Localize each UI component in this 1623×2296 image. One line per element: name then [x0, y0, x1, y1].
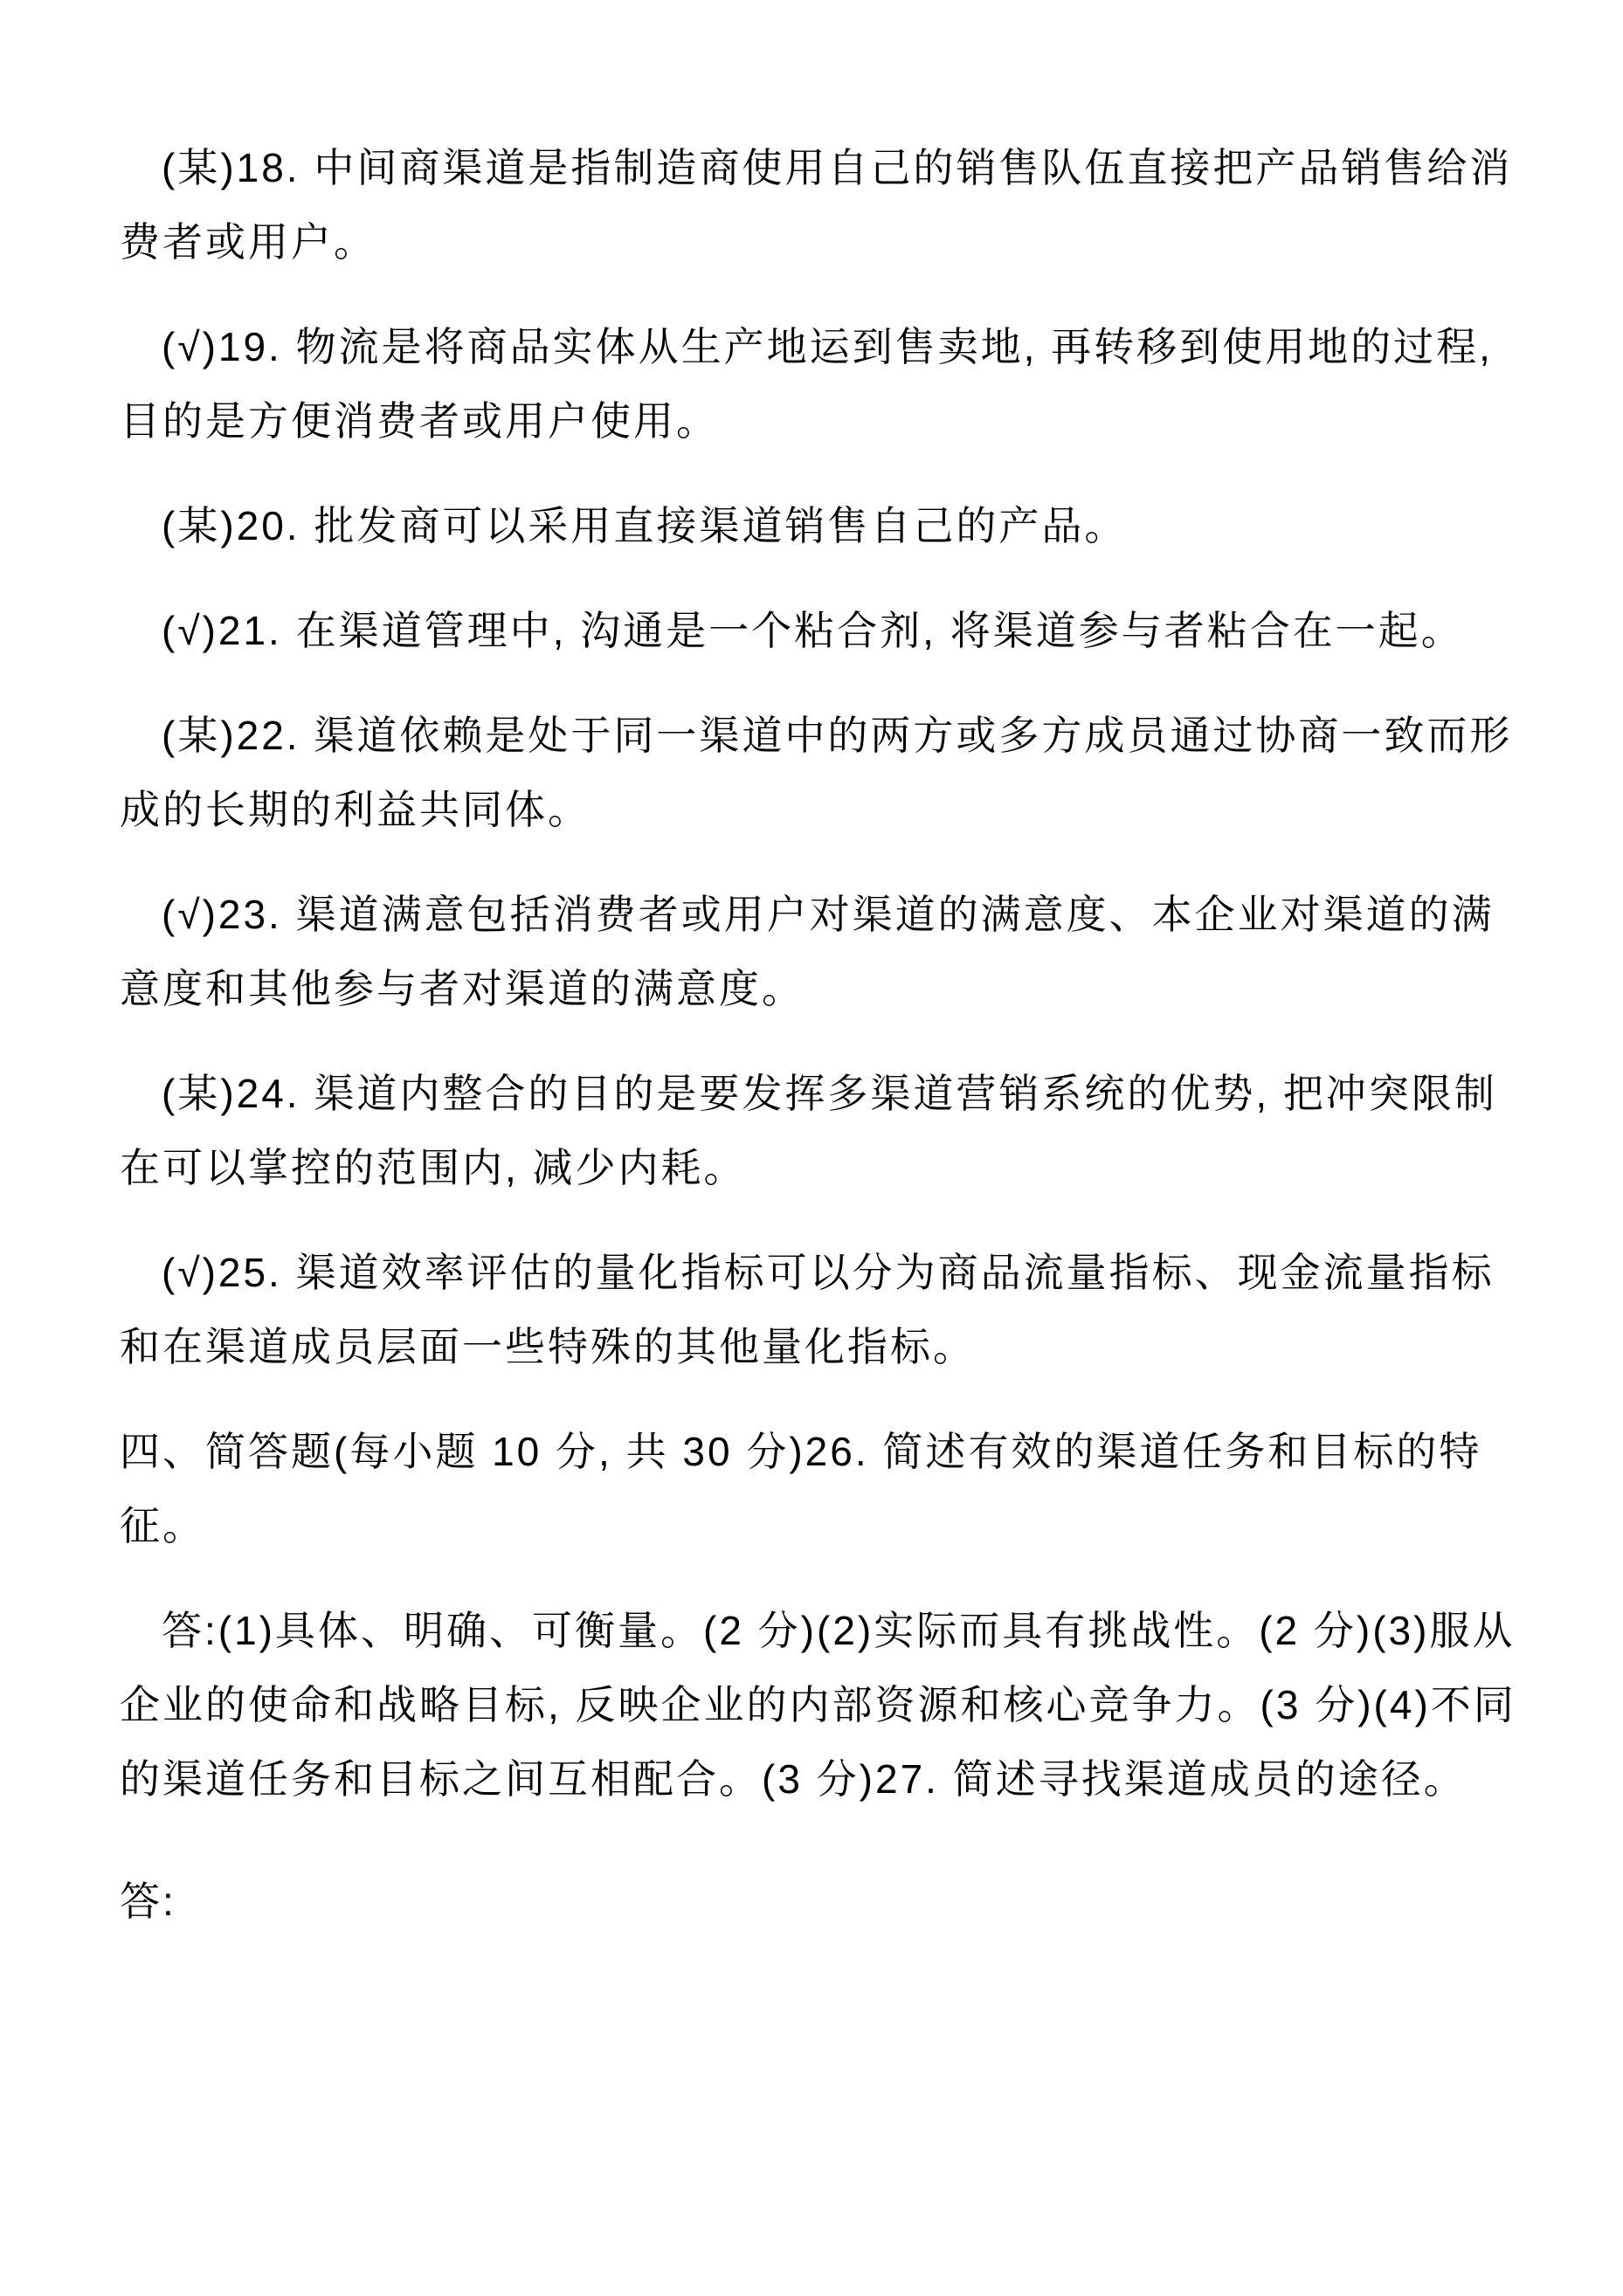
tf-question-20: (某)20. 批发商可以采用直接渠道销售自己的产品。 [120, 489, 1531, 563]
tf-question-23: (√)23. 渠道满意包括消费者或用户对渠道的满意度、本企业对渠道的满意度和其他… [120, 878, 1531, 1026]
tf-question-25: (√)25. 渠道效率评估的量化指标可以分为商品流量指标、现金流量指标和在渠道成… [120, 1236, 1531, 1384]
answer-27-label: 答: [120, 1865, 1531, 1939]
tf-question-18: (某)18. 中间商渠道是指制造商使用自己的销售队伍直接把产品销售给消费者或用户… [120, 131, 1531, 279]
section-heading-short-answer: 四、简答题(每小题 10 分, 共 30 分)26. 简述有效的渠道任务和目标的… [120, 1415, 1531, 1563]
document-page: (某)18. 中间商渠道是指制造商使用自己的销售队伍直接把产品销售给消费者或用户… [0, 0, 1623, 2296]
answer-question-26: 答:(1)具体、明确、可衡量。(2 分)(2)实际而具有挑战性。(2 分)(3)… [120, 1594, 1531, 1817]
tf-question-21: (√)21. 在渠道管理中, 沟通是一个粘合剂, 将渠道参与者粘合在一起。 [120, 594, 1531, 668]
tf-question-19: (√)19. 物流是将商品实体从生产地运到售卖地, 再转移到使用地的过程, 目的… [120, 310, 1531, 459]
tf-question-22: (某)22. 渠道依赖是处于同一渠道中的两方或多方成员通过协商一致而形成的长期的… [120, 699, 1531, 847]
tf-question-24: (某)24. 渠道内整合的目的是要发挥多渠道营销系统的优势, 把冲突限制在可以掌… [120, 1057, 1531, 1205]
